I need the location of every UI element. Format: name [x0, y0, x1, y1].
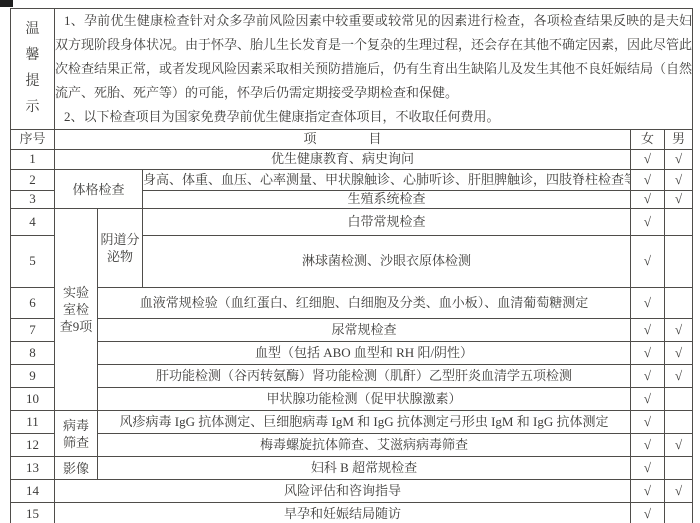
check-male [665, 288, 693, 319]
group-label: 筛查 [55, 434, 97, 451]
row-item: 风疹病毒 IgG 抗体测定、巨细胞病毒 IgM 和 IgG 抗体测定弓形虫 Ig… [98, 411, 631, 434]
group-label: 查9项 [55, 318, 97, 335]
table-row: 6 血液常规检验（血红蛋白、红细胞、白细胞及分类、血小板）、血清葡萄糖测定 √ [11, 288, 693, 319]
tips-row: 温 馨 提 示 1、孕前优生健康检查针对众多孕前风险因素中较重要或较常见的因素进… [11, 9, 693, 130]
row-item: 白带常规检查 [143, 209, 631, 236]
group-label: 病毒 [55, 417, 97, 434]
check-female: √ [631, 319, 665, 342]
check-female: √ [631, 503, 665, 523]
table-row: 10 甲状腺功能检测（促甲状腺激素） √ [11, 388, 693, 411]
check-male: √ [665, 342, 693, 365]
group-physical-exam: 体格检查 [55, 170, 143, 209]
table-row: 13 影像 妇科 B 超常规检查 √ [11, 457, 693, 480]
row-item: 尿常规检查 [98, 319, 631, 342]
check-female: √ [631, 365, 665, 388]
tips-label-char: 提 [26, 73, 40, 91]
group-laboratory: 实验 室检 查9项 [55, 209, 98, 411]
header-female: 女 [631, 130, 665, 150]
check-male: √ [665, 191, 693, 209]
header-item: 项 目 [55, 130, 631, 150]
group-label: 泌物 [98, 248, 142, 265]
table-row: 2 体格检查 身高、体重、血压、心率测量、甲状腺触诊、心肺听诊、肝胆脾触诊，四肢… [11, 170, 693, 191]
row-no: 2 [11, 170, 55, 191]
tips-label-char: 温 [26, 21, 40, 39]
scan-artifact [0, 0, 13, 7]
check-female: √ [631, 411, 665, 434]
table-row: 8 血型（包括 ABO 血型和 RH 阳/阴性） √ √ [11, 342, 693, 365]
group-label: 室检 [55, 301, 97, 318]
group-label: 体格检查 [55, 181, 142, 198]
check-female: √ [631, 150, 665, 170]
check-male [665, 209, 693, 236]
check-male [665, 411, 693, 434]
header-male: 男 [665, 130, 693, 150]
row-item: 身高、体重、血压、心率测量、甲状腺触诊、心肺听诊、肝胆脾触诊，四肢脊柱检查等 [143, 170, 631, 191]
row-no: 15 [11, 503, 55, 523]
row-item: 风险评估和咨询指导 [55, 480, 631, 503]
row-no: 13 [11, 457, 55, 480]
group-label: 实验 [55, 284, 97, 301]
check-female: √ [631, 434, 665, 457]
row-no: 10 [11, 388, 55, 411]
row-no: 12 [11, 434, 55, 457]
row-item: 妇科 B 超常规检查 [98, 457, 631, 480]
row-no: 6 [11, 288, 55, 319]
check-male: √ [665, 170, 693, 191]
row-item: 早孕和妊娠结局随访 [55, 503, 631, 523]
row-no: 9 [11, 365, 55, 388]
tips-label-cell: 温 馨 提 示 [11, 9, 55, 130]
row-item: 甲状腺功能检测（促甲状腺激素） [98, 388, 631, 411]
group-vaginal-secretion: 阴道分 泌物 [98, 209, 143, 288]
check-female: √ [631, 480, 665, 503]
row-item: 血液常规检验（血红蛋白、红细胞、白细胞及分类、血小板）、血清葡萄糖测定 [98, 288, 631, 319]
row-item: 梅毒螺旋抗体筛查、艾滋病病毒筛查 [98, 434, 631, 457]
row-item: 生殖系统检查 [143, 191, 631, 209]
row-no: 14 [11, 480, 55, 503]
table-row: 7 尿常规检查 √ √ [11, 319, 693, 342]
check-female: √ [631, 236, 665, 288]
row-no: 3 [11, 191, 55, 209]
row-no: 11 [11, 411, 55, 434]
table-row: 4 实验 室检 查9项 阴道分 泌物 白带常规检查 √ [11, 209, 693, 236]
header-row: 序号 项 目 女 男 [11, 130, 693, 150]
header-no: 序号 [11, 130, 55, 150]
check-male [665, 388, 693, 411]
row-no: 1 [11, 150, 55, 170]
table-row: 9 肝功能检测（谷丙转氨酶）肾功能检测（肌酐）乙型肝炎血清学五项检测 √ √ [11, 365, 693, 388]
group-imaging: 影像 [55, 457, 98, 480]
check-female: √ [631, 191, 665, 209]
tips-label-char: 馨 [26, 47, 40, 65]
checkup-table: 温 馨 提 示 1、孕前优生健康检查针对众多孕前风险因素中较重要或较常见的因素进… [10, 8, 693, 523]
row-item: 淋球菌检测、沙眼衣原体检测 [143, 236, 631, 288]
check-male: √ [665, 365, 693, 388]
check-male [665, 236, 693, 288]
tips-vertical-label: 温 馨 提 示 [11, 13, 54, 125]
tips-paragraph-2: 2、以下检查项目为国家免费孕前优生健康指定查体项目，不收取任何费用。 [55, 105, 692, 129]
group-label: 阴道分 [98, 231, 142, 248]
check-female: √ [631, 288, 665, 319]
row-item: 优生健康教育、病史询问 [55, 150, 631, 170]
check-male: √ [665, 434, 693, 457]
tips-label-char: 示 [26, 99, 40, 117]
row-no: 5 [11, 236, 55, 288]
check-male: √ [665, 319, 693, 342]
check-male: √ [665, 480, 693, 503]
check-female: √ [631, 457, 665, 480]
table-row: 1 优生健康教育、病史询问 √ √ [11, 150, 693, 170]
check-male: √ [665, 150, 693, 170]
row-no: 8 [11, 342, 55, 365]
row-item: 肝功能检测（谷丙转氨酶）肾功能检测（肌酐）乙型肝炎血清学五项检测 [98, 365, 631, 388]
group-virus-screening: 病毒 筛查 [55, 411, 98, 457]
check-female: √ [631, 342, 665, 365]
check-female: √ [631, 388, 665, 411]
tips-paragraph-1: 1、孕前优生健康检查针对众多孕前风险因素中较重要或较常见的因素进行检查，各项检查… [55, 9, 692, 105]
check-male [665, 503, 693, 523]
table-row: 12 梅毒螺旋抗体筛查、艾滋病病毒筛查 √ √ [11, 434, 693, 457]
check-female: √ [631, 170, 665, 191]
row-no: 7 [11, 319, 55, 342]
check-female: √ [631, 209, 665, 236]
table-row: 11 病毒 筛查 风疹病毒 IgG 抗体测定、巨细胞病毒 IgM 和 IgG 抗… [11, 411, 693, 434]
table-row: 14 风险评估和咨询指导 √ √ [11, 480, 693, 503]
tips-text-cell: 1、孕前优生健康检查针对众多孕前风险因素中较重要或较常见的因素进行检查，各项检查… [55, 9, 693, 130]
table-row: 15 早孕和妊娠结局随访 √ [11, 503, 693, 523]
check-male [665, 457, 693, 480]
row-item: 血型（包括 ABO 血型和 RH 阳/阴性） [98, 342, 631, 365]
group-label: 影像 [55, 460, 97, 477]
row-no: 4 [11, 209, 55, 236]
